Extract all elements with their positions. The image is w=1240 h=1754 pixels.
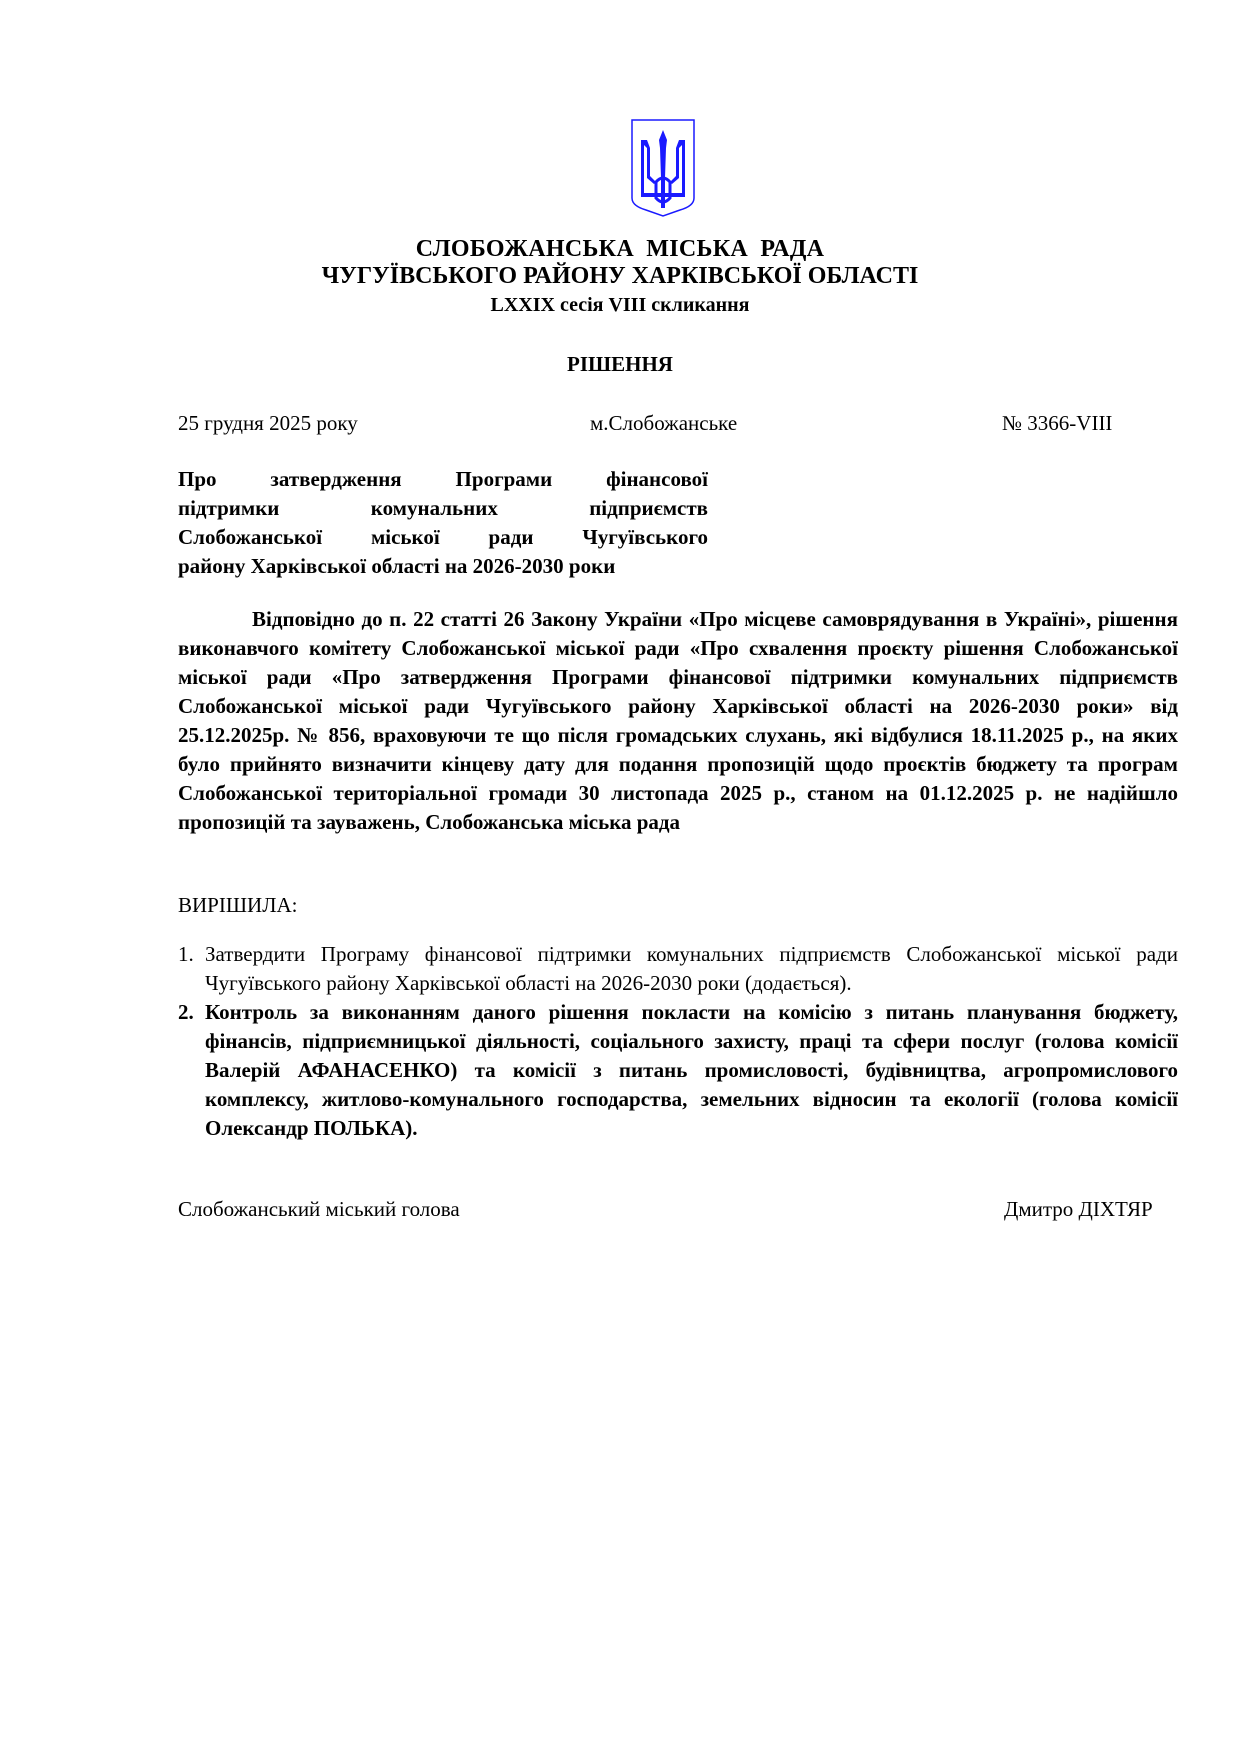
signatory-name: Дмитро ДІХТЯР [1004,1197,1153,1222]
decision-number: № 3366-VIII [1002,411,1112,436]
item-number: 2. [178,998,194,1027]
session-label: LXXIX сесія VIII скликання [0,294,1240,317]
resolved-label: ВИРІШИЛА: [178,893,297,918]
district-name: ЧУГУЇВСЬКОГО РАЙОНУ ХАРКІВСЬКОЇ ОБЛАСТІ [0,263,1240,290]
decision-place: м.Слобожанське [590,411,737,436]
item-number: 1. [178,940,194,969]
resolution-items: 1. Затвердити Програму фінансової підтри… [178,940,1178,1143]
subject-line: Слобожанської міської ради Чугуївського [178,523,708,552]
resolution-item: 1. Затвердити Програму фінансової підтри… [178,940,1178,998]
coat-of-arms-trident-icon [630,118,696,218]
council-name: СЛОБОЖАНСЬКА МІСЬКА РАДА [0,236,1240,263]
decision-subject: Про затвердження Програми фінансової під… [178,465,708,581]
decision-date: 25 грудня 2025 року [178,411,358,436]
signatory-title: Слобожанський міський голова [178,1197,460,1222]
resolution-item: 2. Контроль за виконанням даного рішення… [178,998,1178,1143]
subject-line: Про затвердження Програми фінансової [178,465,708,494]
subject-line: району Харківської області на 2026-2030 … [178,552,708,581]
item-text: Затвердити Програму фінансової підтримки… [205,942,1178,995]
preamble-paragraph: Відповідно до п. 22 статті 26 Закону Укр… [178,605,1178,837]
item-text: Контроль за виконанням даного рішення по… [205,1000,1178,1140]
subject-line: підтримки комунальних підприємств [178,494,708,523]
document-page: СЛОБОЖАНСЬКА МІСЬКА РАДА ЧУГУЇВСЬКОГО РА… [0,0,1240,1754]
document-type: РІШЕННЯ [0,352,1240,377]
